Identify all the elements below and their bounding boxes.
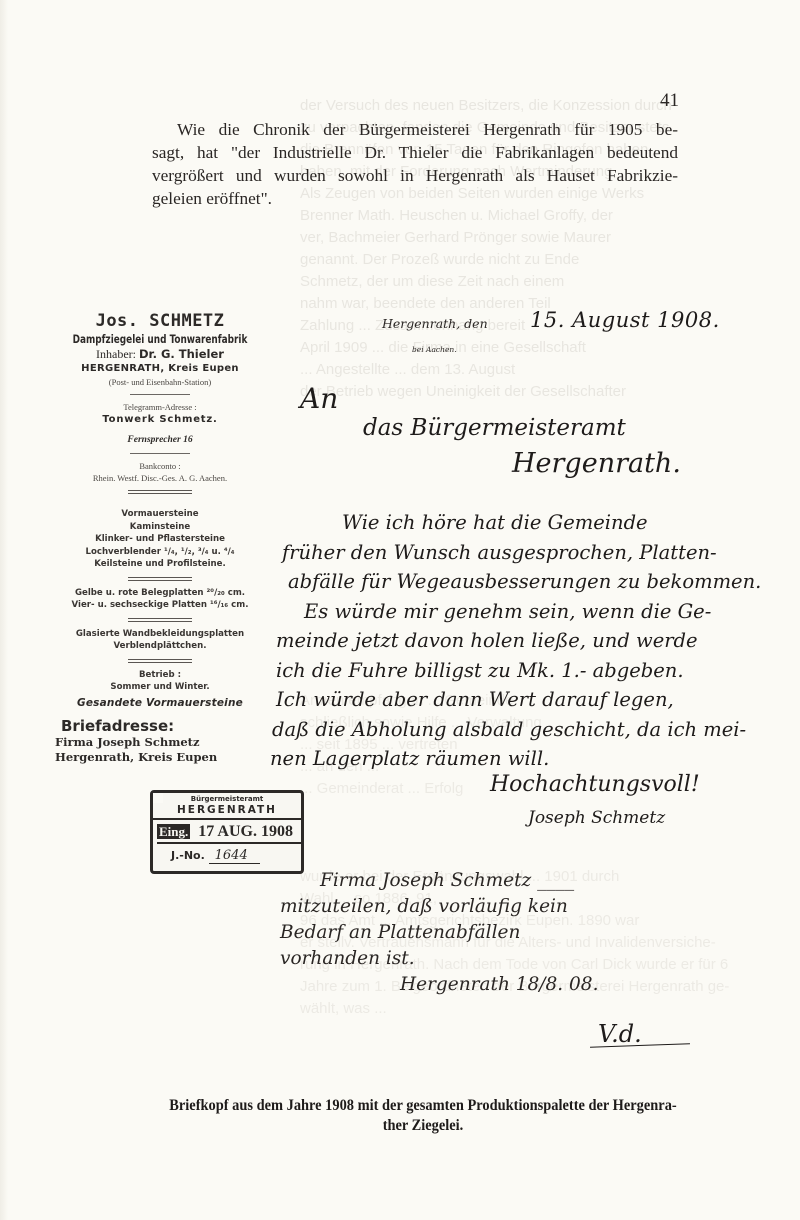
station-note: (Post- und Eisenbahn-Station) — [55, 376, 265, 388]
address-line: Firma Joseph Schmetz — [55, 735, 265, 750]
divider — [130, 453, 190, 454]
stamp-date-row: Eing. 17 AUG. 1908 — [157, 823, 301, 844]
letter-place: Hergenrath, den — [382, 316, 488, 331]
operation-label: Betrieb : — [55, 669, 265, 682]
telegram-label: Telegramm-Adresse : — [55, 401, 265, 413]
salutation-line: das Bürgermeisteramt — [363, 415, 626, 441]
stamp-town: HERGENRATH — [153, 804, 301, 820]
owner-line: Inhaber: Dr. G. Thieler — [55, 347, 265, 362]
stamp-journal-number: 1644 — [209, 848, 260, 864]
product-line: Vormauersteine — [55, 508, 265, 521]
letter-body-line: Wie ich höre hat die Gemeinde — [262, 508, 782, 538]
letter-body-line: früher den Wunsch ausgesprochen, Platten… — [262, 538, 782, 568]
divider — [128, 577, 192, 581]
product-line: Gelbe u. rote Belegplatten ²⁰/₂₀ cm. — [55, 587, 265, 600]
stamp-header: Bürgermeisteramt — [153, 795, 301, 803]
annotation-line: Hergenrath 18/8. 08. — [280, 972, 720, 998]
salutation-line: Hergenrath. — [512, 448, 681, 479]
bank-name: Rhein. Westf. Disc.-Ges. A. G. Aachen. — [55, 472, 265, 484]
caption-line: ther Ziegelei. — [383, 1117, 464, 1134]
figure-caption: Briefkopf aus dem Jahre 1908 mit der ges… — [149, 1096, 698, 1136]
divider — [128, 490, 192, 494]
divider — [128, 659, 192, 663]
annotation-line: vorhanden ist. — [280, 946, 720, 972]
owner-label: Inhaber: — [96, 347, 136, 361]
caption-line: Briefkopf aus dem Jahre 1908 mit der ges… — [169, 1097, 676, 1114]
stamp-received-label: Eing. — [157, 824, 190, 839]
intro-line: geleien eröffnet". — [152, 187, 678, 210]
annotation-line: mitzuteilen, daß vorläufig kein — [280, 894, 720, 920]
annotation-initials: V.d. — [598, 1020, 642, 1048]
letter-body-line: abfälle für Wegeausbesserungen zu bekomm… — [262, 567, 782, 597]
phone-number: Fernsprecher 16 — [55, 433, 265, 447]
owner-name: Dr. G. Thieler — [139, 347, 224, 361]
letter-place-sub: bei Aachen. — [412, 345, 457, 354]
divider — [130, 394, 190, 395]
letter-body-line: meinde jetzt davon holen ließe, und werd… — [262, 626, 782, 656]
annotation-line: Bedarf an Plattenabfällen — [280, 920, 720, 946]
letter-date: 15. August 1908. — [530, 308, 720, 332]
firm-name: Jos. SCHMETZ — [55, 310, 265, 332]
stamp-received-date: 17 AUG. 1908 — [198, 823, 293, 840]
product-line: Keilsteine und Profilsteine. — [55, 558, 265, 571]
product-line: Lochverblender ¹/₄, ¹/₂, ³/₄ u. ⁴/₄ — [55, 546, 265, 559]
salutation-line: An — [300, 382, 338, 415]
divider — [128, 618, 192, 622]
stamp-journal-row: J.-No. 1644 — [171, 848, 260, 863]
address-heading: Briefadresse: — [55, 717, 265, 735]
letter-body-line: daß die Abholung alsbald geschicht, da i… — [262, 715, 782, 745]
page-number: 41 — [660, 90, 679, 112]
product-line: Klinker- und Pflastersteine — [55, 533, 265, 546]
letter-closing: Hochachtungsvoll! — [490, 772, 700, 797]
product-line: Kaminsteine — [55, 521, 265, 534]
letter-body-line: ich die Fuhre billigst zu Mk. 1.- abgebe… — [262, 656, 782, 686]
intro-line: sagt, hat "der Industrielle Dr. Thieler … — [152, 141, 678, 164]
bank-label: Bankconto : — [55, 460, 265, 472]
product-line: Verblendplättchen. — [55, 640, 265, 653]
intro-paragraph: Wie die Chronik der Bürgermeisterei Herg… — [176, 118, 678, 210]
letter-body: Wie ich höre hat die Gemeinde früher den… — [262, 508, 782, 774]
shipped-stamp: Gesandete Vormauersteine — [55, 696, 265, 711]
stamp-journal-label: J.-No. — [171, 849, 205, 862]
page-edge-shadow — [0, 0, 8, 1220]
address-line: Hergenrath, Kreis Eupen — [55, 750, 265, 765]
operation-value: Sommer und Winter. — [55, 681, 265, 694]
letter-body-line: Ich würde aber dann Wert darauf legen, — [262, 685, 782, 715]
book-page: der Versuch des neuen Besitzers, die Kon… — [0, 0, 800, 1220]
letterhead: Jos. SCHMETZ Dampfziegelei und Tonwarenf… — [55, 310, 265, 765]
letter-signature: Joseph Schmetz — [528, 808, 665, 828]
handwritten-annotation: Firma Joseph Schmetz ____ mitzuteilen, d… — [280, 868, 720, 998]
annotation-line: Firma Joseph Schmetz ____ — [280, 868, 720, 894]
telegram-address: Tonwerk Schmetz. — [55, 413, 265, 427]
received-stamp: Bürgermeisteramt HERGENRATH Eing. 17 AUG… — [150, 790, 304, 874]
letter-body-line: Es würde mir genehm sein, wenn die Ge- — [262, 597, 782, 627]
letter-body-line: nen Lagerplatz räumen will. — [262, 744, 782, 774]
firm-city: HERGENRATH, Kreis Eupen — [55, 362, 265, 376]
intro-line: Wie die Chronik der Bürgermeisterei Herg… — [176, 118, 678, 141]
product-line: Glasierte Wandbekleidungsplatten — [55, 628, 265, 641]
firm-subtitle: Dampfziegelei und Tonwarenfabrik — [70, 332, 251, 347]
intro-line: vergrößert und wurden sowohl in Hergenra… — [152, 164, 678, 187]
product-line: Vier- u. sechseckige Platten ¹⁶/₁₆ cm. — [55, 599, 265, 612]
